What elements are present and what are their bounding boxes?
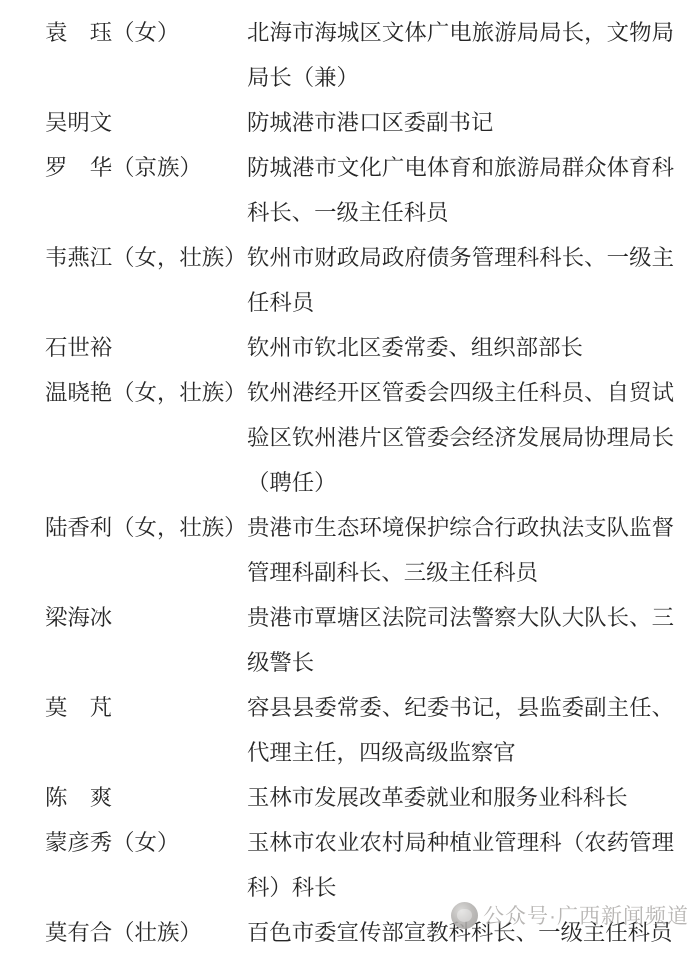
list-item: 温晓艳（女，壮族） 钦州港经开区管委会四级主任科员、自贸试验区钦州港片区管委会经… — [0, 370, 700, 505]
person-title: 百色市委宣传部宣教科科长、一级主任科员 — [247, 910, 674, 954]
person-name: 袁 珏（女） — [45, 10, 247, 55]
list-item: 袁 珏（女） 北海市海城区文体广电旅游局局长，文物局局长（兼） — [0, 10, 700, 100]
list-item: 莫 芃 容县县委常委、纪委书记，县监委副主任、代理主任，四级高级监察官 — [0, 685, 700, 775]
list-item: 石世裕 钦州市钦北区委常委、组织部部长 — [0, 325, 700, 370]
person-name: 莫 芃 — [45, 685, 247, 730]
list-item: 陈 爽 玉林市发展改革委就业和服务业科科长 — [0, 775, 700, 820]
list-item: 吴明文 防城港市港口区委副书记 — [0, 100, 700, 145]
person-name: 石世裕 — [45, 325, 247, 370]
list-item: 罗 华（京族） 防城港市文化广电体育和旅游局群众体育科科长、一级主任科员 — [0, 145, 700, 235]
person-title: 贵港市生态环境保护综合行政执法支队监督管理科副科长、三级主任科员 — [247, 505, 674, 595]
person-title: 贵港市覃塘区法院司法警察大队大队长、三级警长 — [247, 595, 674, 685]
person-title: 防城港市文化广电体育和旅游局群众体育科科长、一级主任科员 — [247, 145, 674, 235]
person-title: 钦州市财政局政府债务管理科科长、一级主任科员 — [247, 235, 674, 325]
person-name: 陆香利（女，壮族） — [45, 505, 247, 550]
person-name: 陈 爽 — [45, 775, 247, 820]
person-name: 韦燕江（女，壮族） — [45, 235, 247, 280]
person-title: 北海市海城区文体广电旅游局局长，文物局局长（兼） — [247, 10, 674, 100]
list-item: 莫有合（壮族） 百色市委宣传部宣教科科长、一级主任科员 — [0, 910, 700, 954]
list-item: 梁海冰 贵港市覃塘区法院司法警察大队大队长、三级警长 — [0, 595, 700, 685]
person-name: 蒙彦秀（女） — [45, 820, 247, 865]
person-title: 玉林市发展改革委就业和服务业科科长 — [247, 775, 674, 820]
list-item: 陆香利（女，壮族） 贵港市生态环境保护综合行政执法支队监督管理科副科长、三级主任… — [0, 505, 700, 595]
person-name: 梁海冰 — [45, 595, 247, 640]
person-title: 容县县委常委、纪委书记，县监委副主任、代理主任，四级高级监察官 — [247, 685, 674, 775]
person-title: 钦州港经开区管委会四级主任科员、自贸试验区钦州港片区管委会经济发展局协理局长（聘… — [247, 370, 674, 505]
person-title: 钦州市钦北区委常委、组织部部长 — [247, 325, 674, 370]
person-name: 吴明文 — [45, 100, 247, 145]
person-name: 罗 华（京族） — [45, 145, 247, 190]
person-title: 玉林市农业农村局种植业管理科（农药管理科）科长 — [247, 820, 674, 910]
person-title: 防城港市港口区委副书记 — [247, 100, 674, 145]
list-item: 韦燕江（女，壮族） 钦州市财政局政府债务管理科科长、一级主任科员 — [0, 235, 700, 325]
person-name: 莫有合（壮族） — [45, 910, 247, 954]
appointment-list-document: 袁 珏（女） 北海市海城区文体广电旅游局局长，文物局局长（兼） 吴明文 防城港市… — [0, 0, 700, 954]
list-item: 蒙彦秀（女） 玉林市农业农村局种植业管理科（农药管理科）科长 — [0, 820, 700, 910]
person-name: 温晓艳（女，壮族） — [45, 370, 247, 415]
